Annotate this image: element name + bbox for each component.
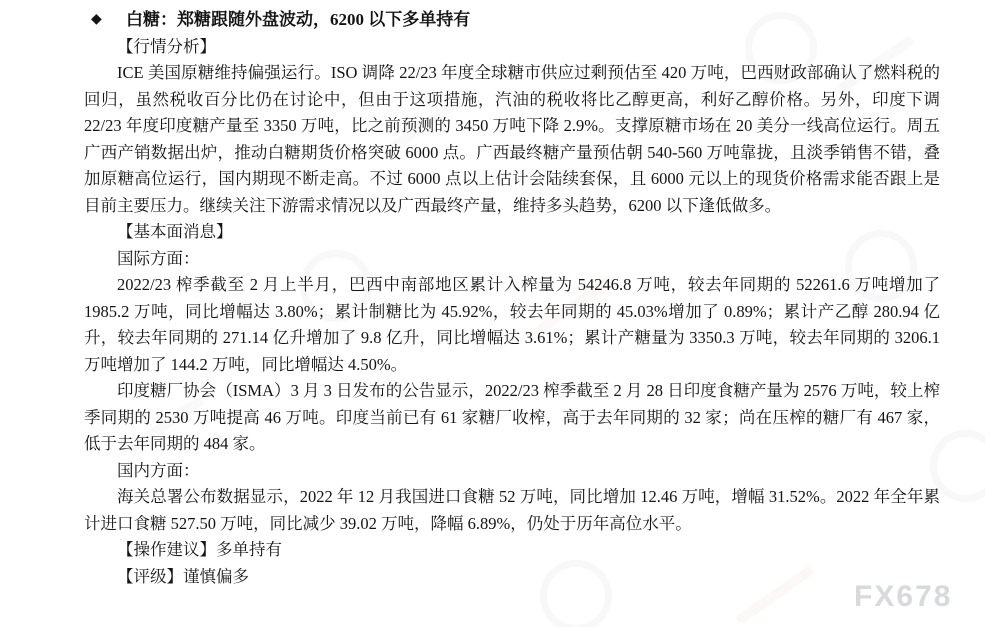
report-title: 白糖：郑糖跟随外盘波动，6200 以下多单持有 bbox=[126, 7, 470, 34]
subsection-label-domestic: 国内方面： bbox=[84, 458, 940, 485]
international-paragraph-brazil: 2022/23 榨季截至 2 月上半月，巴西中南部地区累计入榨量为 54246.… bbox=[84, 272, 940, 378]
domestic-paragraph-imports: 海关总署公布数据显示，2022 年 12 月我国进口食糖 52 万吨，同比增加 … bbox=[84, 484, 940, 537]
section-header-rating: 【评级】 bbox=[117, 567, 183, 586]
advice-text: 多单持有 bbox=[216, 540, 282, 559]
section-header-market-analysis: 【行情分析】 bbox=[84, 34, 940, 61]
fx678-watermark: FX678 bbox=[854, 580, 952, 614]
report-title-line: ◆ 白糖：郑糖跟随外盘波动，6200 以下多单持有 bbox=[84, 7, 940, 34]
report-body: ◆ 白糖：郑糖跟随外盘波动，6200 以下多单持有 【行情分析】 ICE 美国原… bbox=[84, 7, 940, 590]
rating-text: 谨慎偏多 bbox=[183, 567, 249, 586]
section-header-advice: 【操作建议】 bbox=[117, 540, 216, 559]
subsection-label-international: 国际方面： bbox=[84, 246, 940, 273]
diamond-bullet-icon: ◆ bbox=[91, 7, 126, 34]
section-header-fundamentals: 【基本面消息】 bbox=[84, 219, 940, 246]
international-paragraph-india: 印度糖厂协会（ISMA）3 月 3 日发布的公告显示，2022/23 榨季截至 … bbox=[84, 378, 940, 458]
operation-advice-line: 【操作建议】多单持有 bbox=[84, 537, 940, 564]
market-analysis-paragraph: ICE 美国原糖维持偏强运行。ISO 调降 22/23 年度全球糖市供应过剩预估… bbox=[84, 60, 940, 219]
rating-line: 【评级】谨慎偏多 bbox=[84, 564, 940, 591]
report-page: ◆ 白糖：郑糖跟随外盘波动，6200 以下多单持有 【行情分析】 ICE 美国原… bbox=[0, 0, 985, 627]
